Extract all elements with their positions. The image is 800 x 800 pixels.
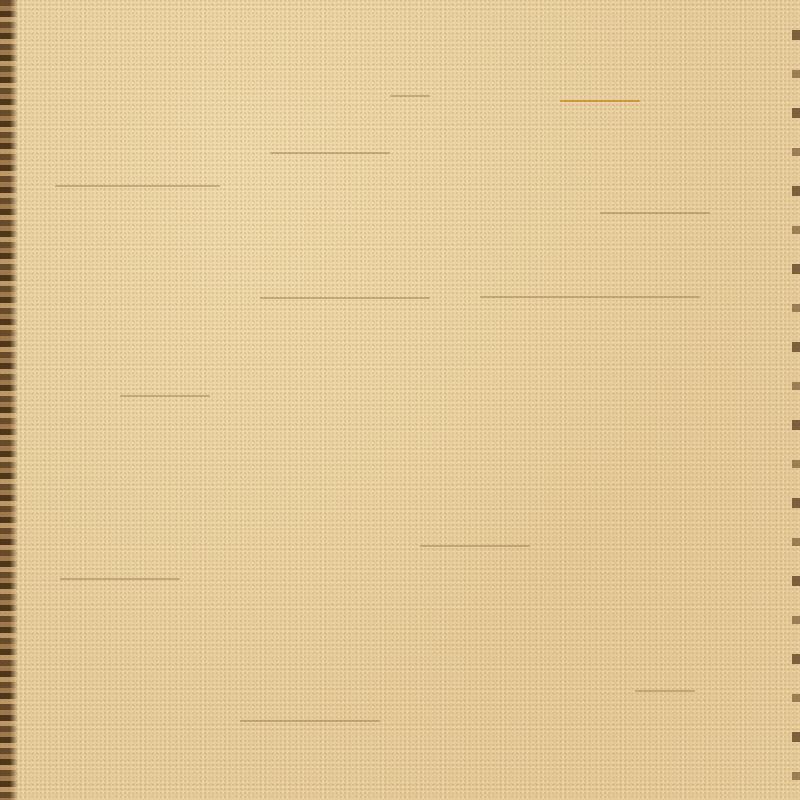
fiber-streak (260, 297, 430, 299)
fiber-streak (120, 395, 210, 397)
fiber-streak (240, 720, 380, 722)
rug-border-right (792, 0, 800, 800)
fiber-streak (635, 690, 695, 692)
rug-texture-photo (0, 0, 800, 800)
wool-grain-texture (0, 0, 800, 800)
rug-border-left (0, 0, 18, 800)
fiber-streak (420, 545, 530, 547)
fiber-streak (600, 212, 710, 214)
fiber-streak (270, 152, 390, 154)
fiber-streak (390, 95, 430, 97)
fiber-streak (560, 100, 640, 102)
fiber-streak (60, 578, 180, 580)
fiber-streak (55, 185, 220, 187)
fiber-streak (480, 296, 700, 298)
